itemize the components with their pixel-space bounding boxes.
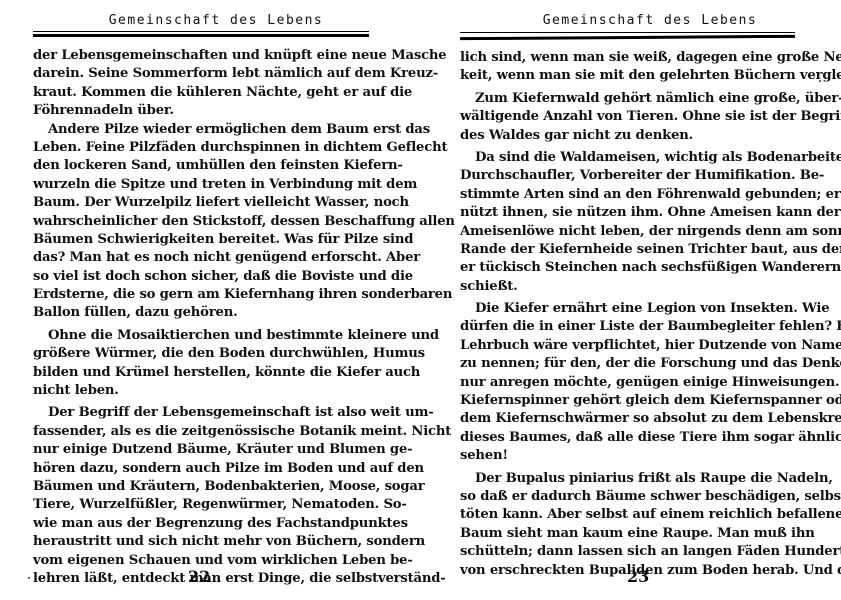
text-line: des Waldes gar nicht zu denken. (460, 127, 798, 145)
text-line: der Lebensgemeinschaften und knüpft eine… (33, 47, 369, 65)
text-line: kraut. Kommen die kühleren Nächte, geht … (33, 84, 369, 102)
paragraph: Andere Pilze wieder ermöglichen dem Baum… (33, 121, 369, 323)
text-line: dürfen die in einer Liste der Baumbeglei… (460, 318, 798, 336)
text-line: zu nennen; für den, der die Forschung un… (460, 355, 798, 373)
text-line: Ohne die Mosaiktierchen und bestimmte kl… (33, 327, 369, 345)
text-line: Die Kiefer ernährt eine Legion von Insek… (460, 300, 798, 318)
text-line: Bäumen und Kräutern, Bodenbakterien, Moo… (33, 478, 369, 496)
text-line: darein. Seine Sommerform lebt nämlich au… (33, 65, 369, 83)
header-rule-thick (460, 35, 795, 40)
running-head: Gemeinschaft des Lebens (0, 13, 400, 28)
text-line: er tückisch Steinchen nach sechsfüßigen … (460, 259, 798, 277)
text-line: Andere Pilze wieder ermöglichen dem Baum… (33, 121, 369, 139)
text-line: keit, wenn man sie mit den gelehrten Büc… (460, 67, 798, 85)
text-line: Baum. Der Wurzelpilz liefert vielleicht … (33, 194, 369, 212)
header-rule-thin (33, 31, 369, 32)
text-line: Lehrbuch wäre verpflichtet, hier Dutzend… (460, 337, 798, 355)
paragraph: Da sind die Waldameisen, wichtig als Bod… (460, 149, 798, 296)
scan-speck (28, 577, 30, 579)
text-line: Föhrennadeln über. (33, 102, 369, 120)
text-line: nur einige Dutzend Bäume, Kräuter und Bl… (33, 441, 369, 459)
text-line: Baum sieht man kaum eine Raupe. Man muß … (460, 525, 798, 543)
text-line: Der Begriff der Lebensgemeinschaft ist a… (33, 404, 369, 422)
paragraph: Der Bupalus piniarius frißt als Raupe di… (460, 470, 798, 580)
text-line: fassender, als es die zeitgenössische Bo… (33, 423, 369, 441)
text-line: wahrscheinlicher den Stickstoff, dessen … (33, 213, 369, 231)
text-line: Ameisenlöwe nicht leben, der nirgends de… (460, 223, 798, 241)
text-line: lich sind, wenn man sie weiß, dagegen ei… (460, 49, 798, 67)
text-line: so daß er dadurch Bäume schwer beschädig… (460, 488, 798, 506)
right-page: Gemeinschaft des Lebens lich sind, wenn … (420, 0, 841, 600)
text-line: heraustritt und sich nicht mehr von Büch… (33, 533, 369, 551)
body-text: lich sind, wenn man sie weiß, dagegen ei… (460, 49, 798, 580)
text-line: Leben. Feine Pilzfäden durchspinnen in d… (33, 139, 369, 157)
page-number: 22 (188, 567, 210, 586)
paragraph: Die Kiefer ernährt eine Legion von Insek… (460, 300, 798, 466)
text-line: Erdsterne, die so gern am Kiefernhang ih… (33, 286, 369, 304)
text-line: wie man aus der Begrenzung des Fachstand… (33, 515, 369, 533)
paragraph: lich sind, wenn man sie weiß, dagegen ei… (460, 49, 798, 86)
text-line: größere Würmer, die den Boden durchwühle… (33, 345, 369, 363)
paragraph: Zum Kiefernwald gehört nämlich eine groß… (460, 90, 798, 145)
header-rule-thin (460, 32, 795, 33)
text-line: Durchschaufler, Vorbereiter der Humifika… (460, 167, 798, 185)
text-line: sehen! (460, 447, 798, 465)
text-line: das? Man hat es noch nicht genügend erfo… (33, 249, 369, 267)
text-line: töten kann. Aber selbst auf einem reichl… (460, 506, 798, 524)
text-line: dem Kiefernschwärmer so absolut zu dem L… (460, 410, 798, 428)
text-line: nicht leben. (33, 382, 369, 400)
text-line: Ballon füllen, dazu gehören. (33, 304, 369, 322)
text-line: Kiefernspinner gehört gleich dem Kiefern… (460, 392, 798, 410)
text-line: Bäumen Schwierigkeiten bereitet. Was für… (33, 231, 369, 249)
text-line: wurzeln die Spitze und treten in Verbind… (33, 176, 369, 194)
text-line: Da sind die Waldameisen, wichtig als Bod… (460, 149, 798, 167)
text-line: Rande der Kiefernheide seinen Trichter b… (460, 241, 798, 259)
text-line: schießt. (460, 278, 798, 296)
paragraph: Ohne die Mosaiktierchen und bestimmte kl… (33, 327, 369, 401)
text-line: dieses Baumes, daß alle diese Tiere ihm … (460, 429, 798, 447)
text-line: Tiere, Wurzelfüßler, Regenwürmer, Nemato… (33, 496, 369, 514)
text-line: wältigende Anzahl von Tieren. Ohne sie i… (460, 108, 798, 126)
text-line: stimmte Arten sind an den Föhrenwald geb… (460, 186, 798, 204)
text-line: schütteln; dann lassen sich an langen Fä… (460, 543, 798, 561)
scan-speck (819, 80, 821, 82)
header-rule-thick (33, 34, 369, 37)
page-number: 23 (627, 567, 649, 586)
running-head: Gemeinschaft des Lebens (420, 13, 840, 28)
text-line: nützt ihnen, sie nützen ihm. Ohne Ameise… (460, 204, 798, 222)
text-line: den lockeren Sand, umhüllen den feinsten… (33, 157, 369, 175)
text-line: Zum Kiefernwald gehört nämlich eine groß… (460, 90, 798, 108)
text-line: bilden und Krümel herstellen, könnte die… (33, 364, 369, 382)
paragraph: der Lebensgemeinschaften und knüpft eine… (33, 47, 369, 121)
text-line: nur anregen möchte, genügen einige Hinwe… (460, 374, 798, 392)
text-line: so viel ist doch schon sicher, daß die B… (33, 268, 369, 286)
paragraph: Der Begriff der Lebensgemeinschaft ist a… (33, 404, 369, 588)
text-line: hören dazu, sondern auch Pilze im Boden … (33, 460, 369, 478)
text-line: Der Bupalus piniarius frißt als Raupe di… (460, 470, 798, 488)
left-page: Gemeinschaft des Lebens der Lebensgemein… (0, 0, 420, 600)
body-text: der Lebensgemeinschaften und knüpft eine… (33, 47, 369, 588)
